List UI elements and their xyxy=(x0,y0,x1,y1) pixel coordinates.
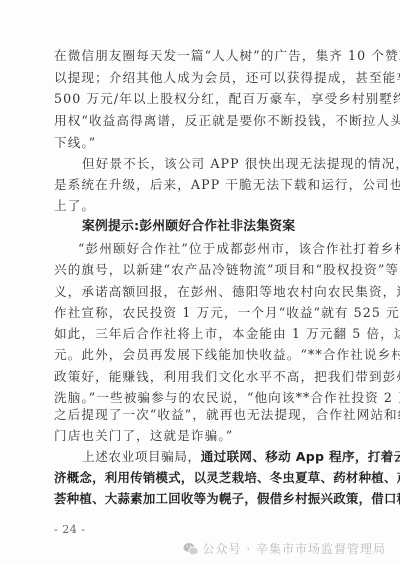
paragraph-line-mixed: 上述农业项目骗局，通过联网、移动 App 程序，打着云养经 xyxy=(82,449,350,465)
paragraph-line: 是系统在升级，后来，APP 干脆无法下载和运行，公司也联系不 xyxy=(54,177,350,193)
paragraph-line: “彭州颐好合作社”位于成都彭州市，该合作社打着乡村振 xyxy=(78,241,350,257)
paragraph-line: 兴的旗号，以新建“农产品冷链物流”项目和“股权投资”等名 xyxy=(54,262,350,278)
paragraph-line: 500 万元/年以上股权分红，配百万豪车，享受乡村别墅终身使 xyxy=(54,91,350,107)
paragraph-line: 如此，三年后合作社将上市，本金能由 1 万元翻 5 倍，达到 5 万 xyxy=(54,326,350,342)
bold-paragraph-line: 济概念，利用传销模式，以灵芝栽培、冬虫夏草、药材种植、芦 xyxy=(54,470,350,486)
paragraph-line: 下线。” xyxy=(54,135,350,151)
wechat-icon xyxy=(183,542,199,556)
paragraph-line: 但好景不长，该公司 APP 很快出现无法提现的情况，客服说 xyxy=(82,156,350,172)
paragraph-line: 义，承诺高额回报，在彭州、德阳等地农村向农民集资，这家合 xyxy=(54,284,350,300)
bold-paragraph-line: 荟种植、大蒜素加工回收等为幌子，假借乡村振兴政策，借口种 xyxy=(54,491,350,507)
paragraph-line: 元。此外，会员再发展下线能加快收益。“**合作社说乡村振兴 xyxy=(54,347,350,363)
paragraph-line: 之后提现了一次“收益”，就再也无法提现，合作社网站和线下 xyxy=(54,407,350,423)
paragraph-line: 用权“收益高得离谱，反正就是要你不断投钱，不断拉人头发展 xyxy=(54,113,350,129)
paragraph-line: 门店也关门了，这就是诈骗。” xyxy=(54,428,350,444)
bold-text: 通过联网、移动 App 程序，打着云养经 xyxy=(201,449,400,464)
case-heading: 案例提示:彭州颐好合作社非法集资案 xyxy=(82,219,350,235)
document-page: 在微信朋友圈每天发一篇“人人树”的广告，集齐 10 个赞就可 以提现；介绍其他人… xyxy=(0,0,400,565)
paragraph-line: 作社宣称，农民投资 1 万元，一个月“收益”就有 525 元，不仅 xyxy=(54,305,350,321)
watermark-text: 公众号 · 辛集市市场监督管理局 xyxy=(203,540,386,557)
paragraph-line: 政策好，能赚钱，利用我们文化水平不高，把我们带到彭州开会 xyxy=(54,369,350,385)
normal-text: 上述农业项目骗局， xyxy=(82,449,201,464)
paragraph-line: 洗脑。”一些被骗参与的农民说，“他向该**合作社投资 2 万元， xyxy=(54,390,350,406)
watermark: 公众号 · 辛集市市场监督管理局 xyxy=(183,540,386,557)
paragraph-line: 上了。 xyxy=(54,198,350,214)
paragraph-line: 以提现；介绍其他人成为会员，还可以获得提成，甚至能享受 xyxy=(54,70,350,86)
paragraph-line: 在微信朋友圈每天发一篇“人人树”的广告，集齐 10 个赞就可 xyxy=(54,48,350,64)
page-number: - 24 - xyxy=(54,523,85,536)
